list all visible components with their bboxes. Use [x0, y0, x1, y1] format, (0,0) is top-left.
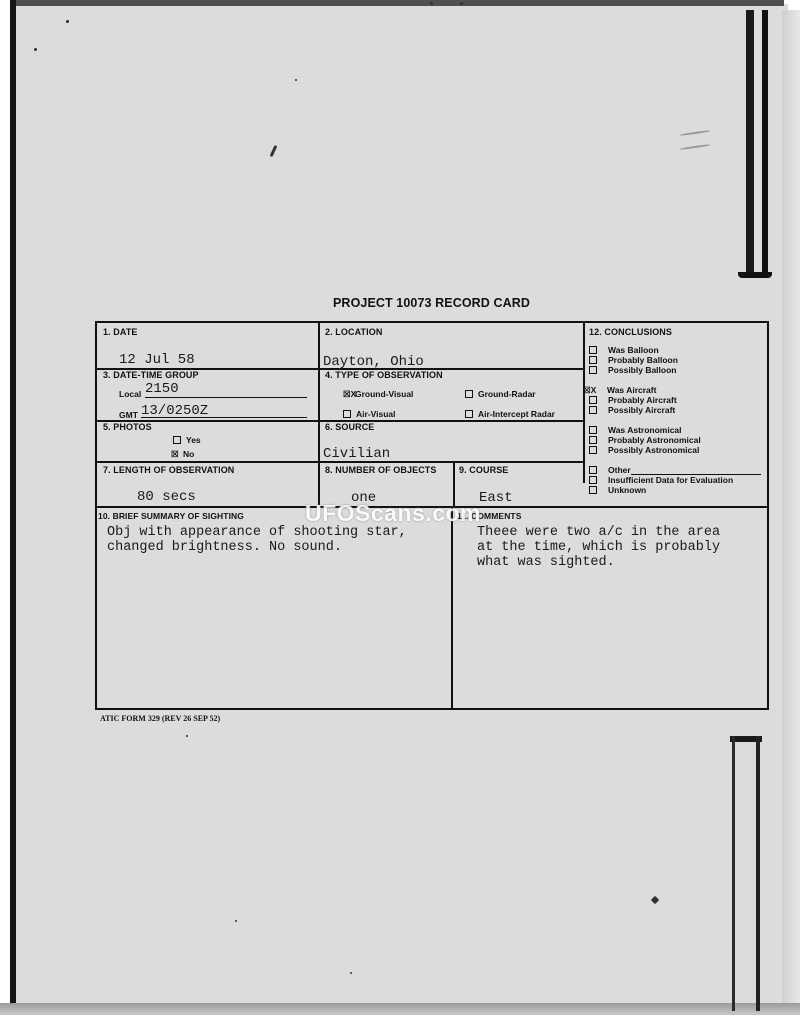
brief-summary-label: 10. BRIEF SUMMARY OF SIGHTING [98, 511, 244, 521]
scan-speck [34, 48, 37, 51]
form-title: PROJECT 10073 RECORD CARD [333, 296, 530, 310]
checkbox-icon [465, 410, 473, 418]
scan-speck [430, 2, 433, 5]
watermark: UFOScans.com [305, 500, 481, 527]
location-label: 2. LOCATION [325, 327, 382, 337]
checkbox-icon [173, 436, 181, 444]
scan-speck [66, 20, 69, 23]
conclusion-possibly-balloon[interactable]: Possibly Balloon [589, 365, 677, 375]
gmt-underline [141, 417, 307, 418]
source-value: Civilian [323, 446, 390, 462]
conclusion-was-balloon[interactable]: Was Balloon [589, 345, 659, 355]
option-air-visual[interactable]: Air-Visual [343, 409, 396, 419]
checkbox-icon [589, 486, 597, 494]
length-of-observation-label: 7. LENGTH OF OBSERVATION [103, 465, 234, 475]
comments-text: Theee were two a/c in the area at the ti… [477, 525, 720, 570]
location-value: Dayton, Ohio [323, 354, 424, 370]
checkbox-icon [589, 426, 597, 434]
date-time-group-label: 3. DATE-TIME GROUP [103, 370, 199, 380]
scan-speck [295, 79, 297, 81]
date-label: 1. DATE [103, 327, 138, 337]
binder-clip-bottom [730, 736, 764, 1011]
divider [451, 508, 453, 710]
type-of-observation-label: 4. TYPE OF OBSERVATION [325, 370, 443, 380]
checkbox-icon [589, 356, 597, 364]
checked-box-icon: ☒X [343, 389, 353, 400]
photos-label: 5. PHOTOS [103, 422, 152, 432]
checked-box-icon: ☒X [583, 385, 601, 395]
date-value: 12 Jul 58 [119, 352, 195, 368]
conclusion-was-astronomical[interactable]: Was Astronomical [589, 425, 682, 435]
option-photos-no[interactable]: ☒No [171, 449, 194, 460]
form-id: ATIC FORM 329 (REV 26 SEP 52) [100, 714, 220, 723]
checkbox-icon [589, 466, 597, 474]
checkbox-icon [589, 446, 597, 454]
conclusion-insufficient-data[interactable]: Insufficient Data for Evaluation [589, 475, 733, 485]
conclusion-probably-aircraft[interactable]: Probably Aircraft [589, 395, 677, 405]
conclusion-unknown[interactable]: Unknown [589, 485, 646, 495]
checkbox-icon [465, 390, 473, 398]
conclusions-label: 12. CONCLUSIONS [589, 327, 672, 337]
option-air-intercept-radar[interactable]: Air-Intercept Radar [465, 409, 555, 419]
page-bottom-edge [0, 1003, 800, 1015]
conclusion-probably-astronomical[interactable]: Probably Astronomical [589, 435, 701, 445]
checkbox-icon [589, 346, 597, 354]
course-label: 9. COURSE [459, 465, 508, 475]
local-time-value: 2150 [145, 381, 179, 397]
checked-box-icon: ☒ [171, 449, 181, 460]
gmt-label: GMT [119, 410, 138, 420]
scan-speck [350, 972, 352, 974]
option-ground-radar[interactable]: Ground-Radar [465, 389, 536, 399]
checkbox-icon [589, 436, 597, 444]
conclusion-possibly-astronomical[interactable]: Possibly Astronomical [589, 445, 699, 455]
scan-speck [186, 735, 188, 737]
conclusion-probably-balloon[interactable]: Probably Balloon [589, 355, 678, 365]
local-time-label: Local [119, 389, 141, 399]
number-of-objects-label: 8. NUMBER OF OBJECTS [325, 465, 437, 475]
page-top-edge [14, 0, 784, 6]
scan-speck [460, 2, 463, 5]
checkbox-icon [589, 366, 597, 374]
binder-clip-top [738, 10, 772, 278]
page-right-edge [782, 10, 800, 1010]
local-time-underline [145, 397, 307, 398]
checkbox-icon [589, 476, 597, 484]
checkbox-icon [343, 410, 351, 418]
page-left-edge [10, 0, 16, 1010]
conclusion-possibly-aircraft[interactable]: Possibly Aircraft [589, 405, 675, 415]
scan-speck [235, 920, 237, 922]
divider [318, 323, 320, 508]
course-value: East [479, 490, 513, 506]
length-of-observation-value: 80 secs [137, 489, 196, 505]
conclusions-section: 12. CONCLUSIONS Was Balloon Probably Bal… [583, 323, 767, 506]
option-photos-yes[interactable]: Yes [173, 435, 201, 445]
conclusion-other[interactable]: Other [589, 465, 631, 475]
option-ground-visual[interactable]: ☒XGround-Visual [343, 389, 413, 400]
conclusion-was-aircraft[interactable]: ☒XWas Aircraft [583, 385, 656, 395]
checkbox-icon [589, 406, 597, 414]
source-label: 6. SOURCE [325, 422, 374, 432]
brief-summary-text: Obj with appearance of shooting star, ch… [107, 525, 407, 555]
checkbox-icon [589, 396, 597, 404]
